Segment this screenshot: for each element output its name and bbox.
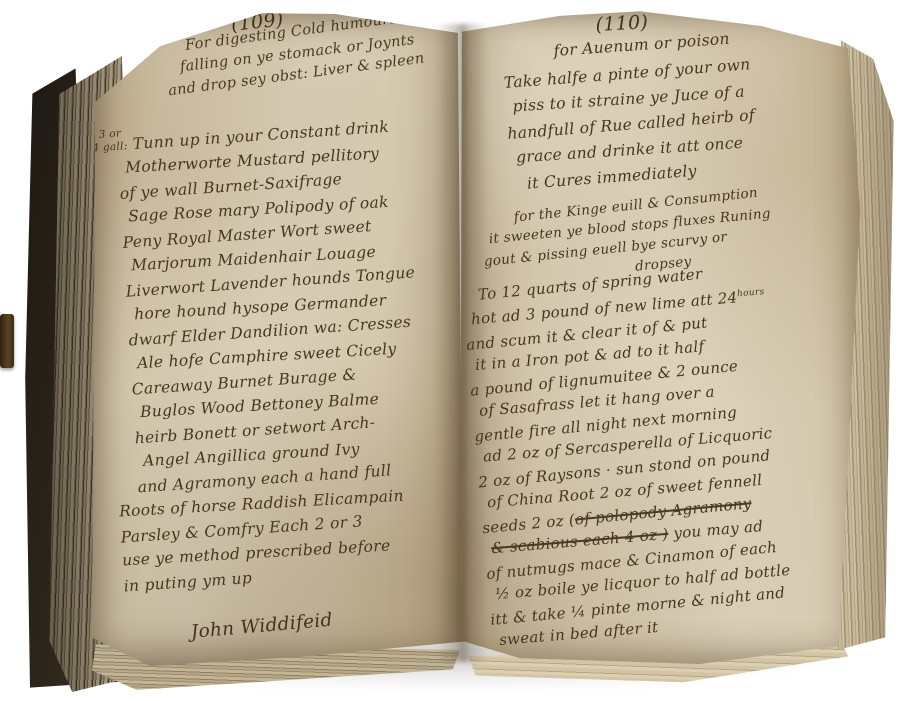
manuscript-photo: (109) For digesting Cold humours falling… [0, 0, 900, 701]
book-clasp [0, 314, 14, 368]
superscript-text: hours [737, 287, 765, 299]
signature: John Widdifeid [190, 610, 334, 643]
right-recipe1-body: Take halfe a pinte of your own piss to i… [503, 46, 856, 197]
gutter-shadow [436, 24, 488, 662]
right-recipe3-body: To 12 quarts of spring water hot ad 3 po… [461, 249, 894, 654]
page-number-right: (110) [595, 11, 649, 36]
left-recipe-title: For digesting Cold humours falling on ye… [146, 5, 442, 104]
left-page: (109) For digesting Cold humours falling… [88, 10, 465, 668]
right-page: (110) for Auenum or poison Take halfe a … [455, 8, 863, 668]
